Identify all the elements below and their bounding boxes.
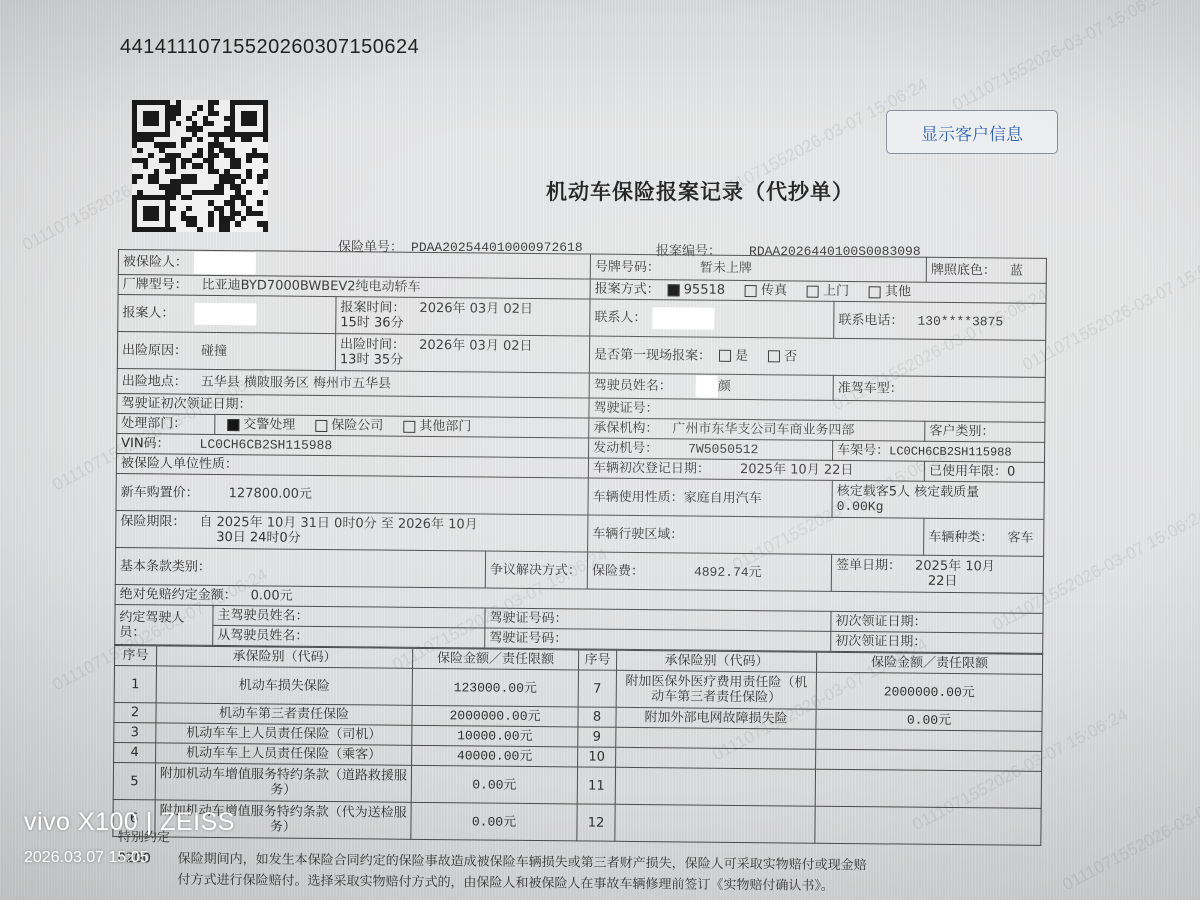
handling-dept-label-cell: 处理部门：: [117, 413, 215, 434]
unchecked-box-icon[interactable]: [768, 350, 780, 362]
contact-phone-cell: 联系电话：130****3875: [834, 301, 1046, 340]
claim-form: 被保险人： 号牌号码：暂未上牌 牌照底色：蓝 厂牌型号：比亚迪BYD7000BW…: [112, 249, 1046, 846]
coverage-no-cell: 10: [578, 747, 616, 767]
coverage-amount-cell: 40000.00元: [412, 745, 578, 767]
plate-color-cell: 牌照底色：蓝: [926, 257, 1046, 283]
redacted-reporter: [194, 303, 256, 326]
coverage-name-cell: 附加外部电网故障损失险: [616, 707, 816, 729]
checkbox-option[interactable]: 上门: [799, 284, 861, 300]
unchecked-box-icon[interactable]: [719, 350, 731, 362]
coverage-name-cell: [616, 747, 816, 769]
coverage-name-cell: 机动车车上人员责任保险（乘客）: [156, 743, 412, 765]
sub-driver-first-date-cell: 初次领证日期：: [831, 631, 1043, 653]
checkbox-option[interactable]: 是: [711, 348, 760, 363]
coverage-amount-cell: 2000000.00元: [412, 705, 578, 727]
plate-no-cell: 号牌号码：暂未上牌: [590, 254, 926, 282]
checkbox-option[interactable]: 否: [760, 349, 809, 364]
coverage-no-cell: 3: [114, 722, 156, 742]
document-id: 44141110715520260307150624: [120, 36, 419, 59]
years-used-cell: 已使用年限：0: [924, 461, 1044, 482]
accident-cause-cell: 出险原因：碰撞: [117, 332, 335, 371]
coverage-no-cell: 5: [113, 762, 155, 799]
unchecked-box-icon[interactable]: [869, 286, 881, 298]
driver-name-cell: 驾驶员姓名：颜: [589, 373, 833, 400]
usage-cell: 车辆使用性质：家庭自用汽车: [588, 478, 832, 517]
watermark-text: 0111071552026-03-07 15:06:24: [949, 0, 1171, 115]
frame-no-cell: 车架号：LC0CH6CB2SH115988: [833, 440, 1045, 462]
customer-type-cell: 客户类别：: [925, 421, 1045, 442]
driving-area-cell: 车辆行驶区域：: [588, 515, 924, 555]
coverage-amount-cell: 123000.00元: [412, 668, 578, 707]
claim-form-table: 被保险人： 号牌号码：暂未上牌 牌照底色：蓝 厂牌型号：比亚迪BYD7000BW…: [114, 249, 1047, 654]
basic-clause-cell: 基本条款类别：: [115, 547, 485, 588]
checkbox-option[interactable]: 保险公司: [307, 418, 395, 434]
camera-watermark: vivo X100 | ZEISS 2026.03.07 15:05: [24, 808, 235, 867]
contact-cell: 联系人：: [590, 299, 834, 338]
unchecked-box-icon[interactable]: [745, 285, 757, 297]
coverage-no-cell: 2: [114, 702, 156, 722]
unchecked-box-icon[interactable]: [403, 420, 415, 432]
camera-timestamp: 2026.03.07 15:05: [24, 849, 235, 867]
checkbox-option[interactable]: 95518: [660, 282, 737, 298]
checkbox-option[interactable]: 传真: [737, 283, 799, 299]
coverage-no-cell: 4: [114, 742, 156, 762]
camera-brand: vivo X100 | ZEISS: [24, 808, 235, 837]
coverage-name-cell: 附加医保外医疗费用责任险（机动车第三者责任保险）: [616, 670, 816, 709]
main-driver-cell: 主驾驶员姓名：: [213, 605, 485, 628]
coverage-no-cell: 9: [578, 727, 616, 747]
capacity-cell: 核定载客5人 核定载质量0.00Kg: [832, 480, 1044, 519]
checked-box-icon[interactable]: [227, 419, 239, 431]
report-time-cell: 报案时间：2026年 03月 02日15时 36分: [336, 297, 590, 336]
coverage-header-cell: 承保险别（代码）: [156, 646, 412, 668]
main-driver-first-date-cell: 初次领证日期：: [831, 611, 1043, 633]
special-agreement-line2: 付方式进行保险赔付。选择采取实物赔付方式的，由保险人和被保险人在事故车辆修理前签…: [177, 873, 834, 894]
watermark-text: 0111071552026-03-07 15:06:24: [1059, 765, 1200, 896]
redacted-name: [194, 252, 256, 275]
page-title: 机动车保险报案记录（代抄单）: [546, 176, 854, 206]
special-agreement: 特别约定 0200保险期间内，如发生本保险合同约定的保险事故造成被保险车辆损失或…: [117, 826, 1048, 896]
coverage-amount-cell: 0.00元: [411, 765, 577, 804]
insurance-period-cell: 保险期限：自 2025年 10月 31日 0时0分 至 2026年 10月30日…: [116, 510, 588, 552]
coverage-name-cell: 机动车第三者责任保险: [156, 703, 412, 725]
coverage-no-cell: 1: [114, 665, 156, 702]
engine-no-cell: 发动机号：7W5050512: [589, 438, 833, 460]
checkbox-option[interactable]: 其他部门: [395, 419, 483, 435]
coverage-amount-cell: [816, 729, 1042, 751]
first-scene-cell: 是否第一现场报案：是否: [589, 336, 1045, 377]
coverage-name-cell: [615, 767, 815, 806]
coverage-name-cell: [616, 727, 816, 749]
coverage-header-cell: 保险金额／责任限额: [816, 652, 1042, 674]
checkbox-option[interactable]: 其他: [861, 284, 923, 300]
dispute-cell: 争议解决方式：诉讼: [485, 551, 587, 589]
coverage-name-cell: 机动车车上人员责任保险（司机）: [156, 723, 412, 745]
checked-box-icon[interactable]: [668, 284, 680, 296]
show-customer-info-button[interactable]: 显示客户信息: [886, 110, 1058, 154]
coverage-header-cell: 保险金额／责任限额: [412, 648, 578, 670]
coverage-amount-cell: 10000.00元: [412, 725, 578, 747]
coverage-amount-cell: 0.00元: [816, 709, 1042, 731]
coverage-name-cell: 机动车损失保险: [156, 666, 412, 705]
coverage-amount-cell: [816, 749, 1042, 771]
coverage-header-cell: 序号: [115, 645, 157, 665]
qr-code: [132, 100, 268, 232]
new-car-price-cell: 新车购置价：127800.00元: [116, 473, 588, 515]
accident-time-cell: 出险时间：2026年 03月 02日13时 35分: [335, 334, 589, 373]
reporter-cell: 报案人：: [118, 295, 336, 334]
coverage-name-cell: 附加机动车增值服务特约条款（道路救援服务）: [155, 763, 411, 802]
redacted-contact: [652, 307, 714, 330]
coverage-no-cell: 8: [578, 707, 616, 727]
redacted-driver: [696, 376, 718, 398]
coverage-table: 序号承保险别（代码）保险金额／责任限额序号承保险别（代码）保险金额／责任限额1机…: [112, 645, 1043, 846]
vehicle-kind-cell: 车辆种类：客车: [924, 518, 1044, 556]
coverage-amount-cell: [815, 769, 1041, 808]
sign-date-cell: 签单日期：2025年 10月22日: [831, 554, 1043, 593]
premium-cell: 保险费：4892.74元: [587, 552, 831, 591]
sub-driver-license-cell: 驾驶证号码：: [485, 628, 831, 651]
coverage-no-cell: 7: [578, 670, 616, 707]
coverage-header-cell: 序号: [578, 650, 616, 670]
coverage-no-cell: 11: [577, 767, 615, 804]
unchecked-box-icon[interactable]: [807, 285, 819, 297]
sub-driver-cell: 从驾驶员姓名：: [213, 625, 485, 648]
coverage-amount-cell: 2000000.00元: [816, 672, 1042, 711]
checkbox-option[interactable]: 交警处理: [219, 417, 307, 433]
licensed-type-cell: 准驾车型：: [833, 375, 1045, 402]
coverage-header-cell: 承保险别（代码）: [616, 650, 816, 672]
agreed-drivers-label-cell: 约定驾驶人员：: [115, 604, 213, 645]
unchecked-box-icon[interactable]: [315, 419, 327, 431]
